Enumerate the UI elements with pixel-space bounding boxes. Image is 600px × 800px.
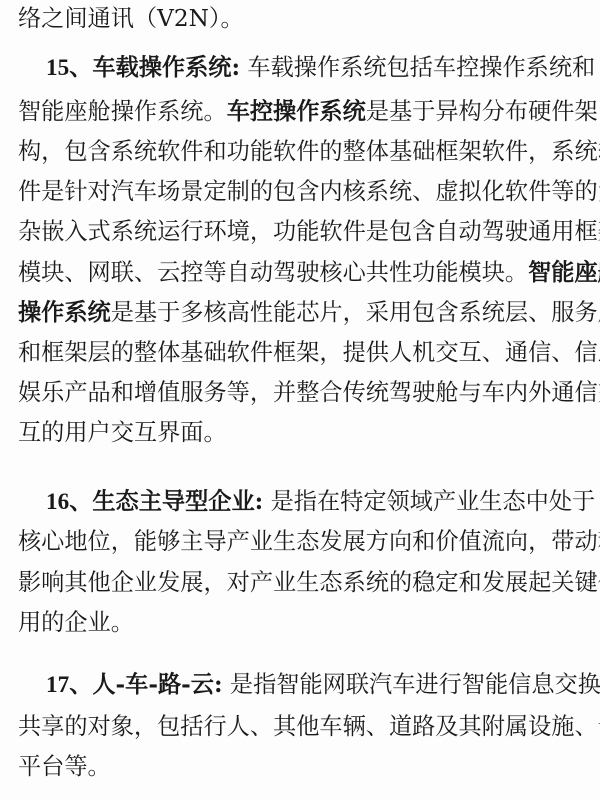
section-text: 娱乐产品和增值服务等，并整合传统驾驶舱与车内外通信交 — [18, 379, 600, 406]
section-term: 生态主导型企业: — [92, 488, 263, 515]
section-text: 平台等。 — [18, 753, 111, 780]
section-17-line-1: 17、人-车-路-云: 是指智能网联汽车进行智能信息交换、 — [46, 670, 584, 700]
section-17-line-2: 共享的对象，包括行人、其他车辆、道路及其附属设施、云 — [18, 712, 584, 742]
defined-term: 车控操作系统 — [227, 98, 366, 125]
continuation-text: 络之间通讯（V2N）。 — [18, 5, 244, 32]
document-page: 络之间通讯（V2N）。 15、车载操作系统: 车载操作系统包括车控操作系统和 智… — [0, 0, 600, 800]
section-15-line-6: 模块、网联、云控等自动驾驶核心共性功能模块。智能座舱 — [18, 258, 584, 288]
section-15-line-10: 互的用户交互界面。 — [18, 418, 584, 448]
defined-term: 操作系统 — [18, 299, 111, 326]
section-text: 共享的对象，包括行人、其他车辆、道路及其附属设施、云 — [18, 713, 600, 740]
section-15-line-3: 构，包含系统软件和功能软件的整体基础框架软件，系统软 — [18, 137, 584, 167]
section-15-line-7: 操作系统是基于多核高性能芯片，采用包含系统层、服务层 — [18, 298, 584, 328]
section-15-line-1: 15、车载操作系统: 车载操作系统包括车控操作系统和 — [46, 53, 584, 83]
section-text: 是指智能网联汽车进行智能信息交换、 — [223, 671, 600, 698]
section-17-line-3: 平台等。 — [18, 752, 584, 782]
continuation-line: 络之间通讯（V2N）。 — [18, 4, 584, 34]
section-text: 核心地位，能够主导产业生态发展方向和价值流向，带动和 — [18, 528, 600, 555]
section-15-line-2: 智能座舱操作系统。车控操作系统是基于异构分布硬件架 — [18, 97, 584, 127]
section-term: 车载操作系统: — [92, 54, 240, 81]
section-number: 17、 — [46, 672, 92, 698]
section-15-line-9: 娱乐产品和增值服务等，并整合传统驾驶舱与车内外通信交 — [18, 378, 584, 408]
section-text: 模块、网联、云控等自动驾驶核心共性功能模块。 — [18, 259, 528, 286]
section-text: 和框架层的整体基础软件框架，提供人机交互、通信、信息 — [18, 339, 600, 366]
section-15-line-5: 杂嵌入式系统运行环境，功能软件是包含自动驾驶通用框架 — [18, 217, 584, 247]
section-text: 是基于异构分布硬件架 — [366, 98, 598, 125]
section-16-line-3: 影响其他企业发展，对产业生态系统的稳定和发展起关键作 — [18, 568, 584, 598]
section-text: 互的用户交互界面。 — [18, 419, 227, 446]
section-16-line-1: 16、生态主导型企业: 是指在特定领域产业生态中处于 — [46, 487, 584, 517]
defined-term: 智能座舱 — [528, 259, 600, 286]
section-text: 是指在特定领域产业生态中处于 — [263, 488, 595, 515]
section-text: 杂嵌入式系统运行环境，功能软件是包含自动驾驶通用框架 — [18, 218, 600, 245]
section-16-line-2: 核心地位，能够主导产业生态发展方向和价值流向，带动和 — [18, 527, 584, 557]
section-term: 人-车-路-云: — [92, 671, 222, 698]
section-15-line-8: 和框架层的整体基础软件框架，提供人机交互、通信、信息 — [18, 338, 584, 368]
section-number: 16、 — [46, 489, 92, 515]
section-text: 车载操作系统包括车控操作系统和 — [240, 54, 595, 81]
section-text: 用的企业。 — [18, 609, 134, 636]
section-text: 构，包含系统软件和功能软件的整体基础框架软件，系统软 — [18, 138, 600, 165]
section-16-line-4: 用的企业。 — [18, 608, 584, 638]
section-text: 智能座舱操作系统。 — [18, 98, 227, 125]
section-number: 15、 — [46, 55, 92, 81]
section-15-line-4: 件是针对汽车场景定制的包含内核系统、虚拟化软件等的复 — [18, 177, 584, 207]
section-text: 是基于多核高性能芯片，采用包含系统层、服务层 — [111, 299, 600, 326]
section-text: 件是针对汽车场景定制的包含内核系统、虚拟化软件等的复 — [18, 178, 600, 205]
section-text: 影响其他企业发展，对产业生态系统的稳定和发展起关键作 — [18, 569, 600, 596]
